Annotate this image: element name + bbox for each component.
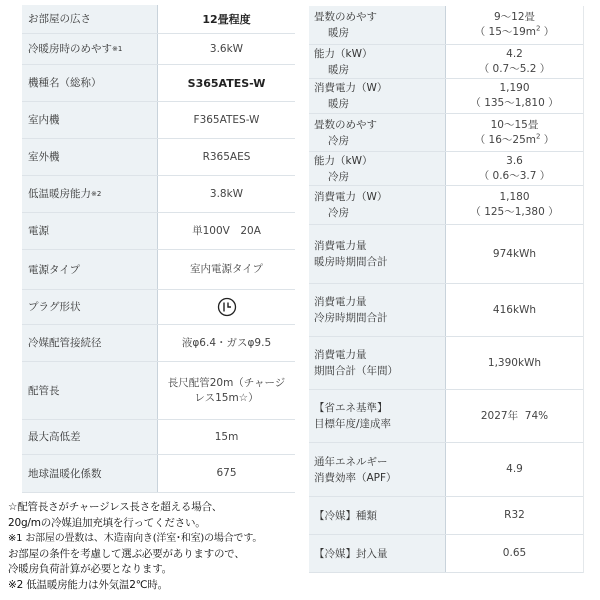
label-text: 通年エネルギー xyxy=(314,454,388,470)
value-range: （ 125〜1,380 ） xyxy=(470,205,558,220)
row-label: 消費電力量 暖房時期間合計 xyxy=(309,225,446,283)
table-row: 能力（kW） 暖房 4.2 （ 0.7〜5.2 ） xyxy=(309,45,583,79)
value-main: 10〜15畳 xyxy=(491,118,539,133)
row-label: 能力（kW） 暖房 xyxy=(309,45,446,78)
row-value: 12畳程度 xyxy=(158,5,295,33)
label-text: 消費電力量 xyxy=(314,294,367,310)
label-text: 【冷媒】封入量 xyxy=(314,546,388,562)
row-value: 長尺配管20m（チャージ レス15m☆） xyxy=(158,362,295,419)
row-label: プラグ形状 xyxy=(22,290,158,324)
row-label: 【冷媒】種類 xyxy=(309,497,446,534)
value-range: （ 0.6〜3.7 ） xyxy=(479,169,551,184)
table-row: 配管長 長尺配管20m（チャージ レス15m☆） xyxy=(22,362,295,420)
label-text: 能力（kW） xyxy=(314,46,372,62)
table-row: 能力（kW） 冷房 3.6 （ 0.6〜3.7 ） xyxy=(309,152,583,186)
spec-table-right: 畳数のめやす 暖房 9〜12畳 （ 15〜19m2 ） 能力（kW） 暖房 4.… xyxy=(309,6,584,573)
label-text: 消費電力量 xyxy=(314,347,367,363)
row-label: 消費電力量 冷房時期間合計 xyxy=(309,284,446,336)
row-value: F365ATES-W xyxy=(158,102,295,138)
value-text: ） xyxy=(540,26,554,38)
row-value: 3.6 （ 0.6〜3.7 ） xyxy=(446,152,583,185)
row-value: S365ATES-W xyxy=(158,65,295,101)
table-row: 消費電力（W） 冷房 1,180 （ 125〜1,380 ） xyxy=(309,186,583,225)
row-value: 416kWh xyxy=(446,284,583,336)
footnotes: ☆配管長さがチャージレス長さを超える場合、 20g/mの冷媒追加充填を行ってくだ… xyxy=(8,500,303,593)
value-line: レス15m☆） xyxy=(194,391,258,406)
label-text: 消費電力（W） xyxy=(314,189,387,205)
row-label: 室外機 xyxy=(22,139,158,175)
table-row: 冷暖房時のめやす※1 3.6kW xyxy=(22,34,295,65)
label-sub: 冷房 xyxy=(314,169,349,185)
label-text: 【省エネ基準】 xyxy=(314,400,388,416)
label-text: 冷暖房時のめやす xyxy=(28,41,112,57)
row-value: 1,180 （ 125〜1,380 ） xyxy=(446,186,583,224)
table-row: 低温暖房能力※2 3.8kW xyxy=(22,176,295,213)
row-label: 電源タイプ xyxy=(22,250,158,289)
table-row: 【冷媒】封入量 0.65 xyxy=(309,535,583,573)
row-label: 畳数のめやす 暖房 xyxy=(309,6,446,44)
row-label: 能力（kW） 冷房 xyxy=(309,152,446,185)
label-text: 【冷媒】種類 xyxy=(314,508,377,524)
table-row: 【省エネ基準】 目標年度/達成率 2027年 74% xyxy=(309,390,583,443)
row-label: 消費電力量 期間合計（年間） xyxy=(309,337,446,389)
label-sub: 冷房 xyxy=(314,205,349,221)
table-row: プラグ形状 xyxy=(22,290,295,325)
plug-shape-icon xyxy=(217,297,237,317)
row-value xyxy=(158,290,295,324)
value-main: 1,180 xyxy=(499,190,529,205)
row-label: 地球温暖化係数 xyxy=(22,455,158,492)
note-line: ※2 低温暖房能力は外気温2℃時。 xyxy=(8,578,303,594)
row-value: 1,190 （ 135〜1,810 ） xyxy=(446,79,583,113)
value-text: ） xyxy=(540,134,554,146)
note-line: お部屋の条件を考慮して選ぶ必要がありますので、 xyxy=(8,547,303,563)
value-range: （ 135〜1,810 ） xyxy=(470,96,558,111)
table-row: 消費電力（W） 暖房 1,190 （ 135〜1,810 ） xyxy=(309,79,583,114)
row-value: 3.6kW xyxy=(158,34,295,64)
value-main: 3.6 xyxy=(506,154,523,169)
row-label: 【省エネ基準】 目標年度/達成率 xyxy=(309,390,446,442)
row-label: お部屋の広さ xyxy=(22,5,158,33)
note-line: 冷暖房負荷計算が必要となります。 xyxy=(8,562,303,578)
table-row: 消費電力量 冷房時期間合計 416kWh xyxy=(309,284,583,337)
row-label: 機種名（総称） xyxy=(22,65,158,101)
table-row: 機種名（総称） S365ATES-W xyxy=(22,65,295,102)
table-row: 電源タイプ 室内電源タイプ xyxy=(22,250,295,290)
row-value: 974kWh xyxy=(446,225,583,283)
value-text: （ 16〜25m xyxy=(475,134,536,146)
row-label: 室内機 xyxy=(22,102,158,138)
row-value: 1,390kWh xyxy=(446,337,583,389)
table-row: 室外機 R365AES xyxy=(22,139,295,176)
table-row: 畳数のめやす 暖房 9〜12畳 （ 15〜19m2 ） xyxy=(309,6,583,45)
row-value: 4.2 （ 0.7〜5.2 ） xyxy=(446,45,583,78)
row-label: 【冷媒】封入量 xyxy=(309,535,446,572)
table-row: 電源 単100V 20A xyxy=(22,213,295,250)
row-value: 単100V 20A xyxy=(158,213,295,249)
row-label: 低温暖房能力※2 xyxy=(22,176,158,212)
note-line: ※1 お部屋の畳数は、木造南向き(洋室･和室)の場合です。 xyxy=(8,531,303,547)
row-label: 冷暖房時のめやす※1 xyxy=(22,34,158,64)
value-range: （ 16〜25m2 ） xyxy=(475,133,555,148)
row-value: 3.8kW xyxy=(158,176,295,212)
row-label: 通年エネルギー 消費効率（APF） xyxy=(309,443,446,496)
row-value: R365AES xyxy=(158,139,295,175)
value-range: （ 0.7〜5.2 ） xyxy=(479,62,551,77)
label-text: 消費効率（APF） xyxy=(314,470,397,486)
label-text: 冷房時期間合計 xyxy=(314,310,388,326)
label-sub: 冷房 xyxy=(314,133,349,149)
label-text: 目標年度/達成率 xyxy=(314,416,391,432)
value-text: （ 15〜19m xyxy=(475,26,536,38)
row-label: 消費電力（W） 暖房 xyxy=(309,79,446,113)
table-row: 室内機 F365ATES-W xyxy=(22,102,295,139)
label-sub: 暖房 xyxy=(314,62,349,78)
label-text: 暖房時期間合計 xyxy=(314,254,388,270)
value-main: 1,190 xyxy=(499,81,529,96)
value-main: 9〜12畳 xyxy=(494,10,535,25)
row-label: 冷媒配管接続径 xyxy=(22,325,158,361)
row-label: 配管長 xyxy=(22,362,158,419)
row-value: R32 xyxy=(446,497,583,534)
row-value: 4.9 xyxy=(446,443,583,496)
value-line: 長尺配管20m（チャージ xyxy=(168,376,286,391)
label-text: 低温暖房能力 xyxy=(28,186,91,202)
table-row: お部屋の広さ 12畳程度 xyxy=(22,5,295,34)
label-sub: 暖房 xyxy=(314,96,349,112)
table-row: 消費電力量 期間合計（年間） 1,390kWh xyxy=(309,337,583,390)
row-value: 0.65 xyxy=(446,535,583,572)
label-sub: 暖房 xyxy=(314,25,349,41)
row-value: 室内電源タイプ xyxy=(158,250,295,289)
note-line: ☆配管長さがチャージレス長さを超える場合、 xyxy=(8,500,303,516)
row-value: 液φ6.4・ガスφ9.5 xyxy=(158,325,295,361)
row-value: 675 xyxy=(158,455,295,492)
label-text: 消費電力量 xyxy=(314,238,367,254)
row-label: 消費電力（W） 冷房 xyxy=(309,186,446,224)
row-label: 最大高低差 xyxy=(22,420,158,454)
row-value: 10〜15畳 （ 16〜25m2 ） xyxy=(446,114,583,151)
table-row: 畳数のめやす 冷房 10〜15畳 （ 16〜25m2 ） xyxy=(309,114,583,152)
value-main: 4.2 xyxy=(506,47,523,62)
table-row: 冷媒配管接続径 液φ6.4・ガスφ9.5 xyxy=(22,325,295,362)
label-text: 期間合計（年間） xyxy=(314,363,398,379)
row-label: 畳数のめやす 冷房 xyxy=(309,114,446,151)
note-line: 20g/mの冷媒追加充填を行ってください。 xyxy=(8,516,303,532)
label-text: 能力（kW） xyxy=(314,153,372,169)
table-row: 最大高低差 15m xyxy=(22,420,295,455)
table-row: 地球温暖化係数 675 xyxy=(22,455,295,493)
value-range: （ 15〜19m2 ） xyxy=(475,25,555,40)
table-row: 通年エネルギー 消費効率（APF） 4.9 xyxy=(309,443,583,497)
row-label: 電源 xyxy=(22,213,158,249)
table-row: 【冷媒】種類 R32 xyxy=(309,497,583,535)
table-row: 消費電力量 暖房時期間合計 974kWh xyxy=(309,225,583,284)
row-value: 2027年 74% xyxy=(446,390,583,442)
label-text: 畳数のめやす xyxy=(314,9,377,25)
spec-table-left: お部屋の広さ 12畳程度 冷暖房時のめやす※1 3.6kW 機種名（総称） S3… xyxy=(22,5,295,493)
row-value: 15m xyxy=(158,420,295,454)
label-text: 消費電力（W） xyxy=(314,80,387,96)
row-value: 9〜12畳 （ 15〜19m2 ） xyxy=(446,6,583,44)
label-text: 畳数のめやす xyxy=(314,117,377,133)
